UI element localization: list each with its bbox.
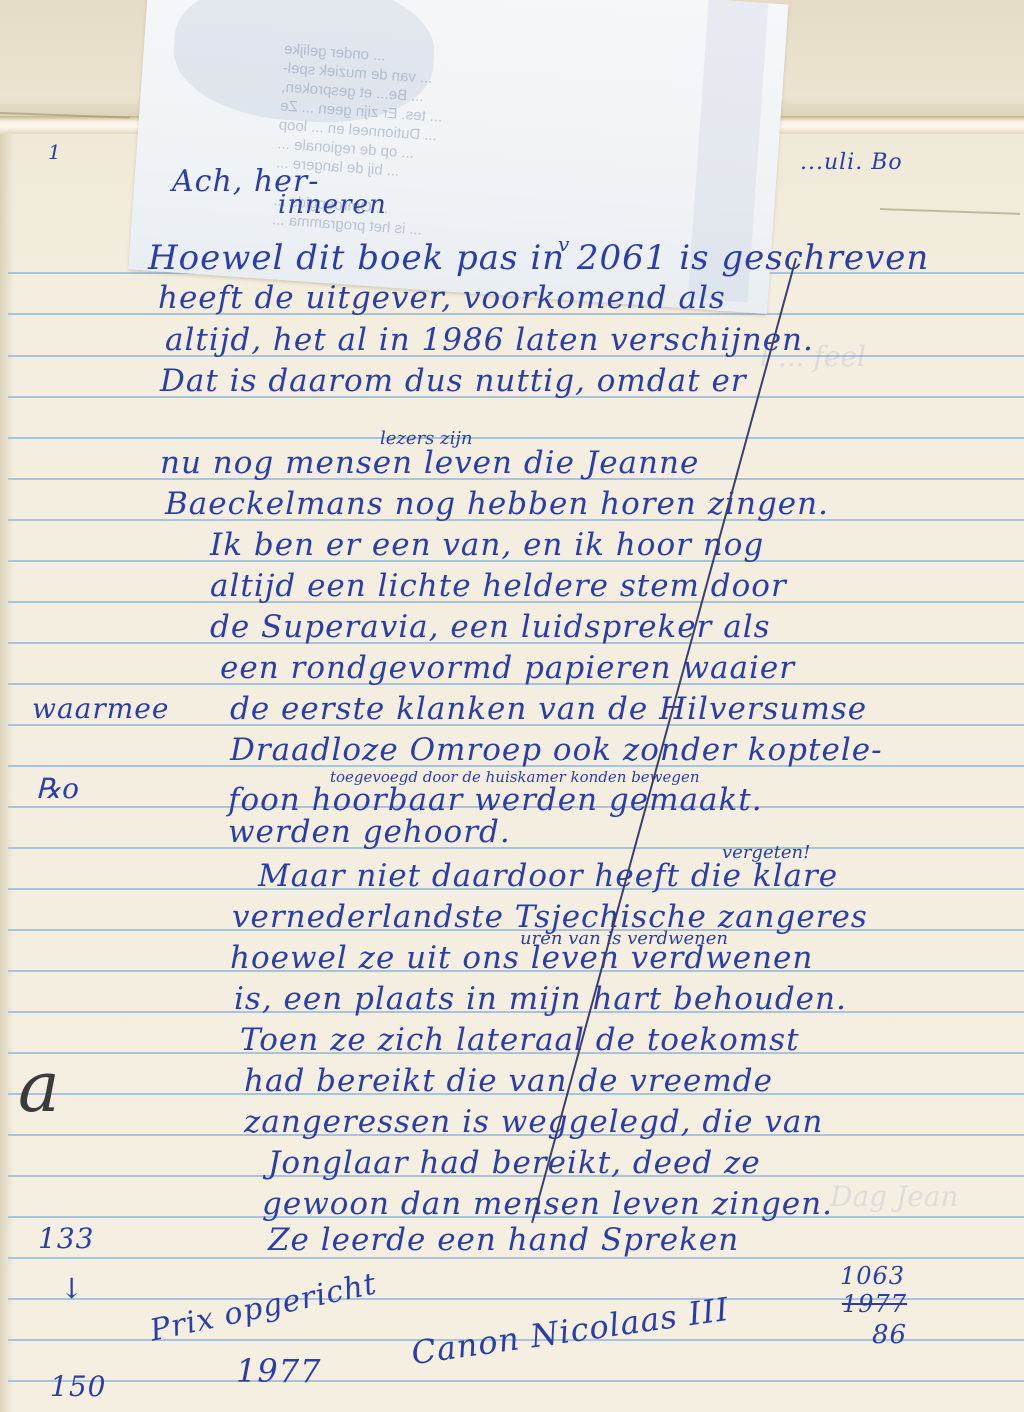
body-line: foon hoorbaar werden gemaakt. (228, 782, 763, 818)
body-line: Toen ze zich lateraal de toekomst (240, 1022, 800, 1058)
body-line: Baeckelmans nog hebben horen zingen. (165, 486, 829, 522)
footer-note: Prix opgericht (147, 1266, 380, 1348)
body-line: gewoon dan mensen leven zingen. (262, 1186, 833, 1222)
body-line: heeft de uitgever, voorkomend als (158, 280, 726, 316)
body-line: Jonglaar had bereikt, deed ze (268, 1145, 761, 1181)
body-line: de eerste klanken van de Hilversumse (230, 691, 867, 727)
footer-number-struck: 1977 (842, 1290, 907, 1318)
body-line: Hoewel dit boek pas in 2061 is geschreve… (148, 238, 929, 278)
body-line: zangeressen is weggelegd, die van (244, 1104, 823, 1140)
margin-symbol: ℞o (36, 772, 80, 805)
footer-name: Canon Nicolaas III (409, 1290, 732, 1372)
footer-year: 1977 (236, 1352, 321, 1390)
body-line: Dat is daarom dus nuttig, omdat er (160, 363, 747, 399)
heading-line-2: inneren (278, 190, 387, 220)
body-line: werden gehoord. (228, 814, 511, 850)
body-line: nu nog mensen leven die Jeanne (160, 445, 699, 481)
down-arrow-icon: ↓ (60, 1272, 84, 1305)
paper-crease (880, 208, 1020, 215)
body-line: Ze leerde een hand Spreken (268, 1222, 739, 1258)
footer-number: 86 (872, 1320, 907, 1350)
clipping-mirrored-text: ... onder gelijke ... van de muziek spel… (272, 40, 724, 260)
notebook-page: l ... feel Dag Jean ... onder gelijke ..… (0, 0, 1024, 1412)
pencil-letter-a: a (18, 1046, 61, 1128)
body-line: de Superavia, een luidspreker als (210, 609, 771, 645)
body-line: altijd, het al in 1986 laten verschijnen… (165, 322, 814, 358)
page-range-end: 150 (50, 1370, 106, 1403)
body-line: hoewel ze uit ons leven verdwenen (230, 940, 813, 976)
body-line: Maar niet daardoor heeft die klare (258, 858, 838, 894)
body-line: altijd een lichte heldere stem door (210, 568, 787, 604)
body-line: had bereikt die van de vreemde (244, 1063, 773, 1099)
page-range-start: 133 (38, 1222, 94, 1255)
heading-right-note: ...uli. Bo (800, 150, 903, 175)
bleed-through-text: Dag Jean (830, 1180, 959, 1213)
margin-word: waarmee (32, 692, 169, 725)
footer-number: 1063 (840, 1262, 905, 1290)
body-line: Draadloze Omroep ook zonder koptele- (230, 732, 883, 768)
page-number: 1 (48, 140, 62, 164)
body-line: is, een plaats in mijn hart behouden. (234, 981, 847, 1017)
body-line: Ik ben er een van, en ik hoor nog (210, 527, 764, 563)
body-line: een rondgevormd papieren waaier (220, 650, 795, 686)
